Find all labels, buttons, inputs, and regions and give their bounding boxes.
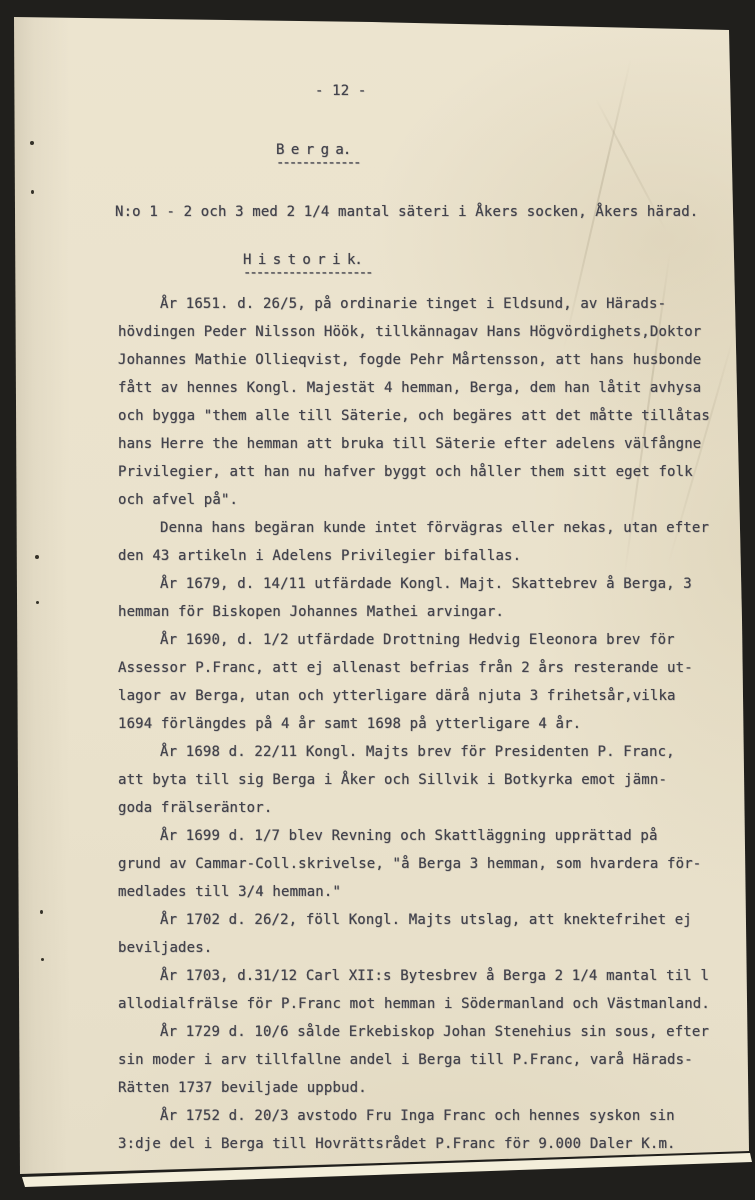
text-line: medlades till 3/4 hemman." xyxy=(118,878,718,906)
text-line: allodialfrälse för P.Franc mot hemman i … xyxy=(118,990,718,1018)
text-line: År 1699 d. 1/7 blev Revning och Skattläg… xyxy=(118,822,718,850)
text-line: Johannes Mathie Ollieqvist, fogde Pehr M… xyxy=(118,346,718,374)
text-line: År 1702 d. 26/2, föll Kongl. Majts utsla… xyxy=(118,906,718,934)
text-line: att byta till sig Berga i Åker och Sillv… xyxy=(118,766,718,794)
text-line: 1694 förlängdes på 4 år samt 1698 på ytt… xyxy=(118,710,718,738)
text-line: hans Herre the hemman att bruka till Sät… xyxy=(118,430,718,458)
text-line: År 1679, d. 14/11 utfärdade Kongl. Majt.… xyxy=(118,570,718,598)
text-line: beviljades. xyxy=(118,934,718,962)
text-line: År 1698 d. 22/11 Kongl. Majts brev för P… xyxy=(118,738,718,766)
text-line: fått av hennes Kongl. Majestät 4 hemman,… xyxy=(118,374,718,402)
title-underline: ------------- xyxy=(276,155,360,171)
document-body: År 1651. d. 26/5, på ordinarie tinget i … xyxy=(118,290,718,1158)
text-line: hövdingen Peder Nilsson Höök, tillkännag… xyxy=(118,318,718,346)
text-line: Denna hans begäran kunde intet förvägras… xyxy=(118,514,718,542)
text-line: År 1703, d.31/12 Carl XII:s Bytesbrev å … xyxy=(118,962,718,990)
ink-speck xyxy=(31,190,34,194)
property-heading: N:o 1 - 2 och 3 med 2 1/4 mantal säteri … xyxy=(115,204,698,220)
text-line: sin moder i arv tillfallne andel i Berga… xyxy=(118,1046,718,1074)
text-line: År 1651. d. 26/5, på ordinarie tinget i … xyxy=(118,290,718,318)
text-line: och afvel på". xyxy=(118,486,718,514)
text-line: lagor av Berga, utan och ytterligare där… xyxy=(118,682,718,710)
ink-speck xyxy=(41,958,44,961)
page-number: - 12 - xyxy=(315,83,366,99)
text-line: Assessor P.Franc, att ej allenast befria… xyxy=(118,654,718,682)
section-underline: -------------------- xyxy=(243,265,372,281)
text-line: 3:dje del i Berga till Hovrättsrådet P.F… xyxy=(118,1130,718,1158)
text-line: Privilegier, att han nu hafver byggt och… xyxy=(118,458,718,486)
text-line: och bygga "them alle till Säterie, och b… xyxy=(118,402,718,430)
scan-background: - 12 - B e r g a. ------------- N:o 1 - … xyxy=(0,0,755,1200)
text-line: den 43 artikeln i Adelens Privilegier bi… xyxy=(118,542,718,570)
text-line: År 1690, d. 1/2 utfärdade Drottning Hedv… xyxy=(118,626,718,654)
text-line: hemman för Biskopen Johannes Mathei arvi… xyxy=(118,598,718,626)
ink-speck xyxy=(35,555,39,559)
ink-speck xyxy=(36,601,39,604)
text-line: Rätten 1737 beviljade uppbud. xyxy=(118,1074,718,1102)
text-line: goda frälseräntor. xyxy=(118,794,718,822)
text-line: grund av Cammar-Coll.skrivelse, "å Berga… xyxy=(118,850,718,878)
text-line: År 1729 d. 10/6 sålde Erkebiskop Johan S… xyxy=(118,1018,718,1046)
ink-speck xyxy=(30,141,34,145)
text-line: År 1752 d. 20/3 avstodo Fru Inga Franc o… xyxy=(118,1102,718,1130)
ink-speck xyxy=(40,910,43,914)
